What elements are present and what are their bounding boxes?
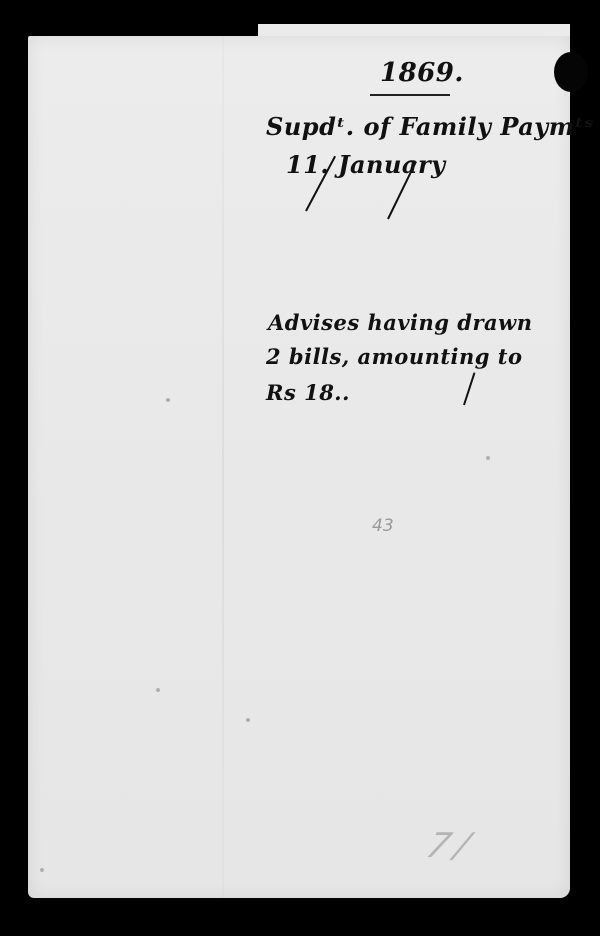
- document-year: 1869.: [380, 58, 464, 88]
- note-line-1: Advises having drawn: [268, 310, 533, 335]
- paper-speck: [246, 718, 250, 722]
- paper-speck: [486, 456, 490, 460]
- paper-speck: [156, 688, 160, 692]
- binding-hole: [554, 52, 588, 92]
- document-title: Supdᵗ. of Family Paymᵗˢ: [266, 112, 594, 141]
- paper-speck: [166, 398, 170, 402]
- year-underline-flourish: [370, 94, 450, 96]
- note-line-3: Rs 18..: [266, 380, 350, 405]
- document-date: 11. January: [286, 150, 446, 179]
- note-line-2: 2 bills, amounting to: [266, 344, 523, 369]
- folio-number: 43: [372, 516, 394, 536]
- paper-fold-crease: [222, 36, 224, 898]
- paper-speck: [40, 868, 44, 872]
